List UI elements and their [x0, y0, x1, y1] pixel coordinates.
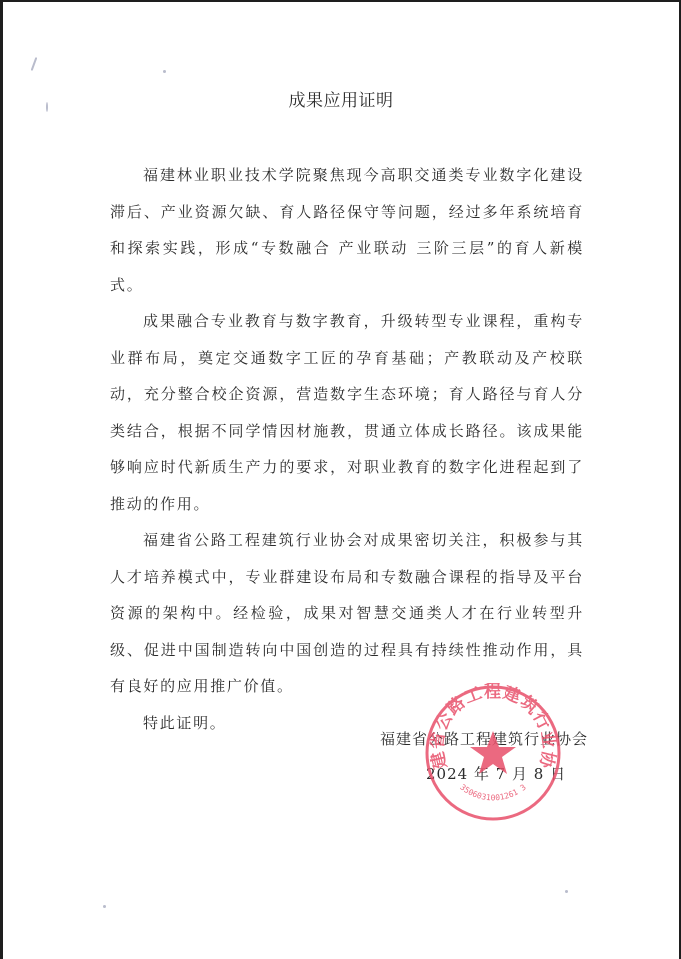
- document-page: 成果应用证明 福建林业职业技术学院聚焦现今高职交通类专业数字化建设滞后、产业资源…: [3, 2, 679, 959]
- scan-speck: [31, 57, 38, 71]
- document-body: 福建林业职业技术学院聚焦现今高职交通类专业数字化建设滞后、产业资源欠缺、育人路径…: [110, 157, 584, 741]
- paragraph-1: 福建林业职业技术学院聚焦现今高职交通类专业数字化建设滞后、产业资源欠缺、育人路径…: [110, 157, 584, 303]
- paragraph-2: 成果融合专业教育与数字教育，升级转型专业课程，重构专业群布局，奠定交通数字工匠的…: [110, 303, 584, 522]
- seal-icon: 福建省公路工程建筑行业协会 3506031001261 3: [423, 683, 563, 823]
- scan-speck: [565, 890, 568, 893]
- star-icon: [470, 731, 516, 774]
- official-seal: 福建省公路工程建筑行业协会 3506031001261 3: [423, 683, 563, 823]
- scan-speck: [103, 905, 106, 908]
- paragraph-3: 福建省公路工程建筑行业协会对成果密切关注，积极参与其人才培养模式中，专业群建设布…: [110, 522, 584, 705]
- svg-text:3506031001261 3: 3506031001261 3: [458, 782, 528, 802]
- seal-code: 3506031001261 3: [458, 782, 528, 802]
- scan-speck: [163, 70, 166, 73]
- document-title: 成果应用证明: [3, 86, 679, 111]
